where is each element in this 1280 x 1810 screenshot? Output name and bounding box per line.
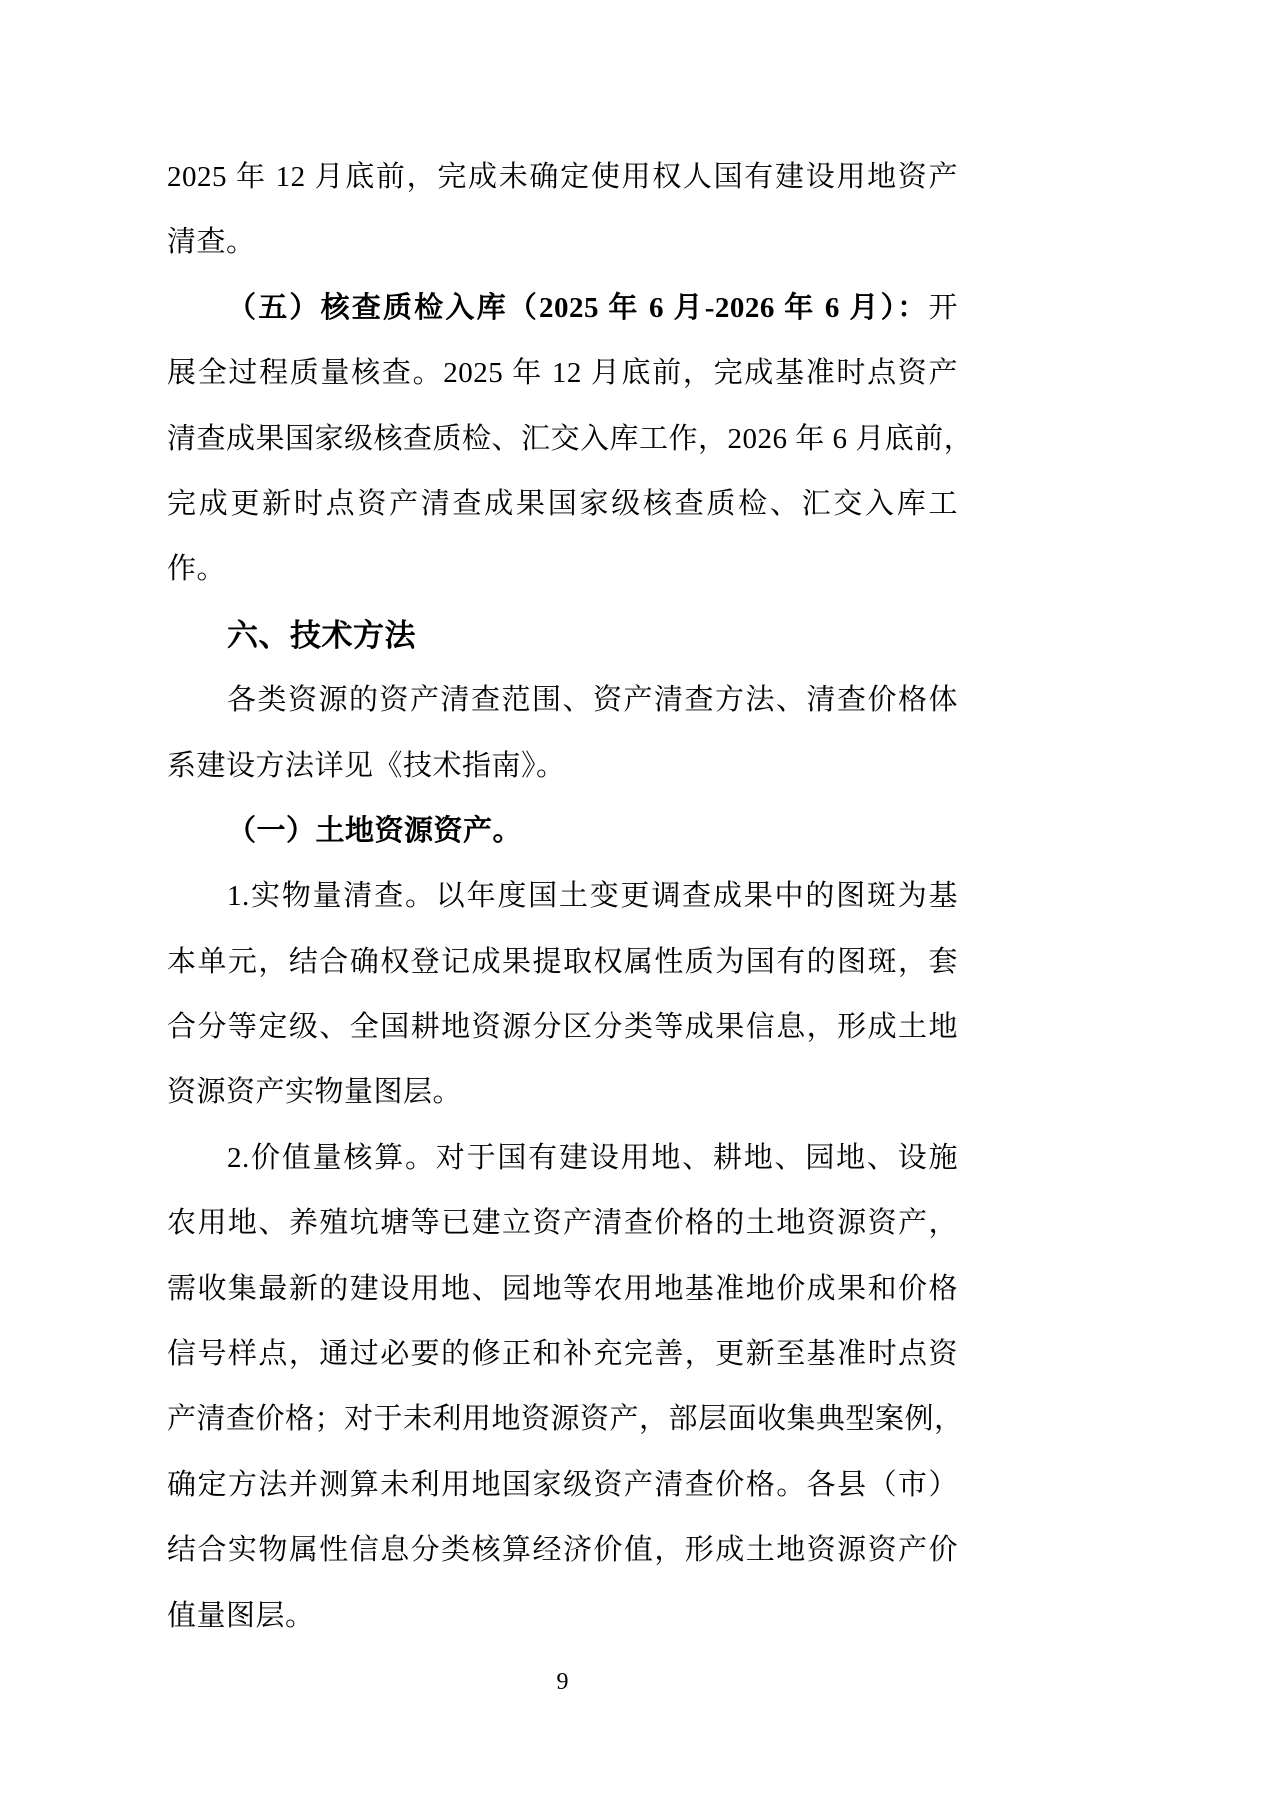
text-line: 清查成果国家级核查质检、汇交入库工作，2026 年 6 月底前， (167, 407, 958, 472)
text-line: 作。 (167, 537, 958, 602)
text-line: 确定方法并测算未利用地国家级资产清查价格。各县（市） (167, 1453, 958, 1518)
text-line: 值量图层。 (167, 1584, 958, 1649)
text-line: 清查。 (167, 210, 958, 275)
document-body: 2025 年 12 月底前，完成未确定使用权人国有建设用地资产 清查。 （五）核… (167, 145, 958, 1649)
text-line: 完成更新时点资产清查成果国家级核查质检、汇交入库工 (167, 472, 958, 537)
text-line: 各类资源的资产清查范围、资产清查方法、清查价格体 (167, 668, 958, 733)
text-line: 信号样点，通过必要的修正和补充完善，更新至基准时点资 (167, 1322, 958, 1387)
paragraph-lead-tail: 开 (928, 292, 958, 324)
paragraph-phase-five: （五）核查质检入库（2025 年 6 月-2026 年 6 月）：开 (167, 276, 958, 341)
page-number: 9 (167, 1662, 958, 1702)
text-line: 产清查价格；对于未利用地资源资产，部层面收集典型案例， (167, 1387, 958, 1452)
text-line: 资源资产实物量图层。 (167, 1060, 958, 1125)
section-heading-technical-methods: 六、技术方法 (167, 603, 958, 668)
subsection-heading-land-resource-assets: （一）土地资源资产。 (167, 799, 958, 864)
text-line: 合分等定级、全国耕地资源分区分类等成果信息，形成土地 (167, 995, 958, 1060)
text-line: 2025 年 12 月底前，完成未确定使用权人国有建设用地资产 (167, 145, 958, 210)
text-line: 结合实物属性信息分类核算经济价值，形成土地资源资产价 (167, 1518, 958, 1583)
text-line: 本单元，结合确权登记成果提取权属性质为国有的图斑，套 (167, 930, 958, 995)
text-line: 1.实物量清查。以年度国土变更调查成果中的图斑为基 (167, 864, 958, 929)
text-line: 农用地、养殖坑塘等已建立资产清查价格的土地资源资产， (167, 1191, 958, 1256)
text-line: 系建设方法详见《技术指南》。 (167, 734, 958, 799)
text-line: 需收集最新的建设用地、园地等农用地基准地价成果和价格 (167, 1257, 958, 1322)
text-line: 展全过程质量核查。2025 年 12 月底前，完成基准时点资产 (167, 341, 958, 406)
paragraph-lead-bold: （五）核查质检入库（2025 年 6 月-2026 年 6 月）： (227, 292, 928, 324)
text-line: 2.价值量核算。对于国有建设用地、耕地、园地、设施 (167, 1126, 958, 1191)
